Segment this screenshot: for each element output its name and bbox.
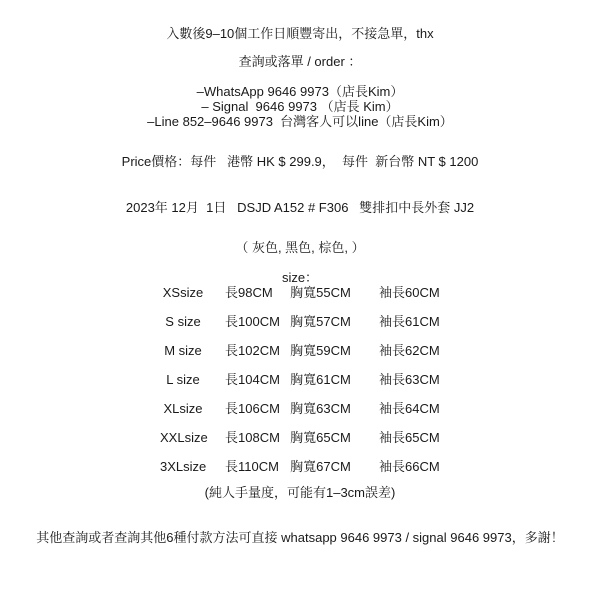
size-sleeve: 袖長63CM [363, 373, 440, 386]
size-row-m: M size 長102CM 胸寬59CM 袖長62CM [160, 344, 440, 357]
size-label: XXLsize [160, 431, 206, 444]
size-sleeve: 袖長62CM [363, 344, 440, 357]
size-chest: 胸寬67CM [278, 460, 363, 473]
size-chest: 胸寬55CM [278, 286, 363, 299]
size-sleeve: 袖長64CM [363, 402, 440, 415]
size-length: 長104CM [206, 373, 278, 386]
size-sleeve: 袖長60CM [363, 286, 440, 299]
size-sleeve: 袖長65CM [363, 431, 440, 444]
size-row-xs: XSsize 長98CM 胸寬55CM 袖長60CM [160, 286, 440, 299]
size-row-xl: XLsize 長106CM 胸寬63CM 袖長64CM [160, 402, 440, 415]
measurement-note: (純人手量度，可能有1–3cm誤差) [0, 486, 600, 499]
product-info-page: { "page": { "background": "#ffffff", "te… [0, 0, 600, 600]
order-heading: 查詢或落單 / order ： [0, 55, 600, 68]
size-length: 長102CM [206, 344, 278, 357]
size-chart: XSsize 長98CM 胸寬55CM 袖長60CM S size 長100CM… [160, 286, 440, 473]
contact-whatsapp: –WhatsApp 9646 9973（店長Kim） [0, 85, 600, 98]
size-chest: 胸寬59CM [278, 344, 363, 357]
colors-line: （ 灰色, 黑色, 棕色, ） [0, 241, 600, 254]
size-row-l: L size 長104CM 胸寬61CM 袖長63CM [160, 373, 440, 386]
size-length: 長98CM [206, 286, 278, 299]
size-chest: 胸寬63CM [278, 402, 363, 415]
contact-line: –Line 852–9646 9973 台灣客人可以line（店長Kim） [0, 115, 600, 128]
size-label: 3XLsize [160, 460, 206, 473]
size-chest: 胸寬65CM [278, 431, 363, 444]
size-chest: 胸寬61CM [278, 373, 363, 386]
size-row-3xl: 3XLsize 長110CM 胸寬67CM 袖長66CM [160, 460, 440, 473]
size-length: 長108CM [206, 431, 278, 444]
size-chart-heading: size： [0, 271, 600, 284]
size-length: 長106CM [206, 402, 278, 415]
size-length: 長110CM [206, 460, 278, 473]
size-label: XSsize [160, 286, 206, 299]
price-line: Price價格：每件 港幣 HK $ 299.9， 每件 新台幣 NT $ 12… [0, 155, 600, 168]
size-row-xxl: XXLsize 長108CM 胸寬65CM 袖長65CM [160, 431, 440, 444]
date-product-line: 2023年 12月 1日 DSJD A152 # F306 雙排扣中長外套 JJ… [0, 201, 600, 214]
contact-signal: – Signal 9646 9973 （店長 Kim） [0, 100, 600, 113]
size-row-s: S size 長100CM 胸寬57CM 袖長61CM [160, 315, 440, 328]
size-sleeve: 袖長66CM [363, 460, 440, 473]
size-chest: 胸寬57CM [278, 315, 363, 328]
size-sleeve: 袖長61CM [363, 315, 440, 328]
shipping-note: 入數後9–10個工作日順豐寄出，不接急單，thx [0, 27, 600, 40]
size-length: 長100CM [206, 315, 278, 328]
size-label: XLsize [160, 402, 206, 415]
size-label: S size [160, 315, 206, 328]
size-label: L size [160, 373, 206, 386]
size-label: M size [160, 344, 206, 357]
footer-inquiries-note: 其他查詢或者查詢其他6種付款方法可直接 whatsapp 9646 9973 /… [0, 531, 600, 544]
